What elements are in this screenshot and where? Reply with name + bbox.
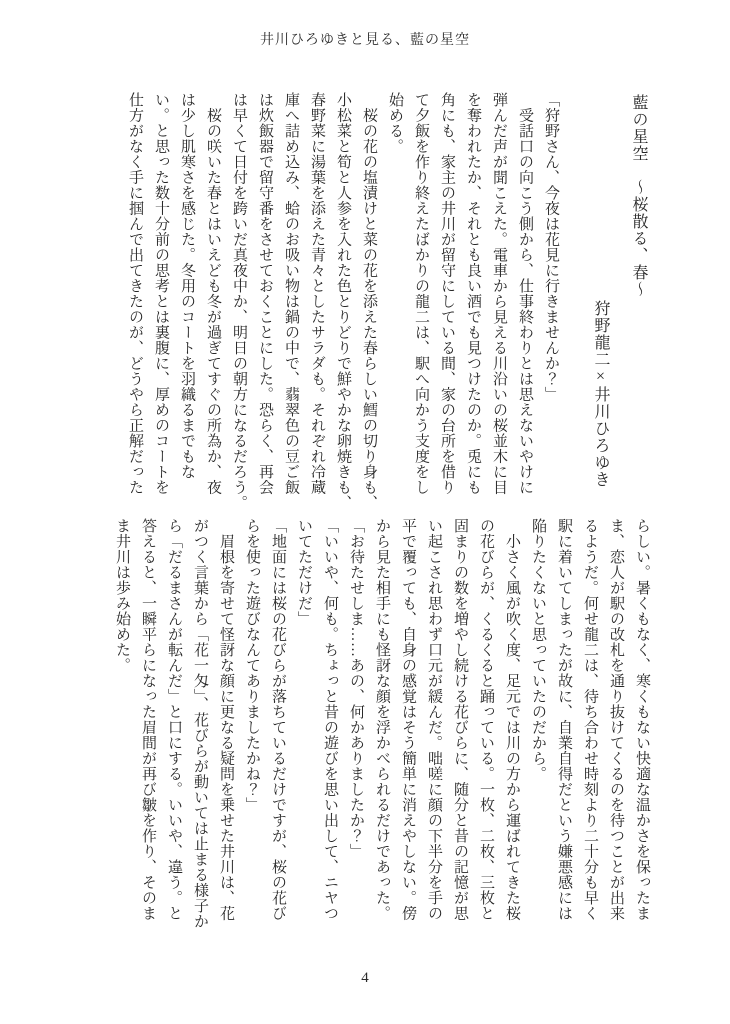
page-number: 4 <box>0 970 730 987</box>
body-text-block-bottom: らしい。暑くもなく、寒くもない快適な温かさを保ったま ま、恋人が駅の改札を通り抜… <box>109 518 655 942</box>
body-text-block-top: 「狩野さん、今夜は花見に行きませんか？」 受話口の向こう側から、仕事終わりとは思… <box>122 92 564 516</box>
story-title: 藍の星空 〜桜散る、春〜 <box>627 94 650 434</box>
running-header: 井川ひろゆきと見る、藍の星空 <box>0 29 730 49</box>
story-pairing: 狩野龍二×井川ひろゆき <box>589 300 612 520</box>
document-page: 井川ひろゆきと見る、藍の星空 藍の星空 〜桜散る、春〜 狩野龍二×井川ひろゆき … <box>0 0 730 1024</box>
